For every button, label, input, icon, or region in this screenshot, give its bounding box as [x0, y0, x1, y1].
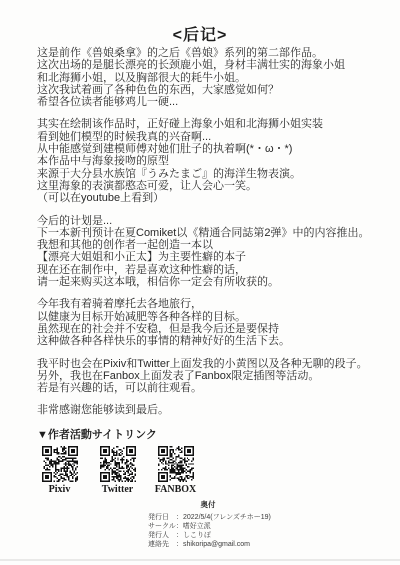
colophon: 奥付 発行日 ：2022/5/4(フレンズチホー19) サークル：嗜好立派 発行…: [148, 499, 328, 549]
afterword-line: 看到她们模型的时候我真的兴奋啊...: [37, 131, 386, 143]
colophon-label: サークル：: [148, 522, 183, 531]
link-item-pixiv: Pixiv: [41, 446, 78, 495]
colophon-row: 連絡先 ：shikoripa@gmail.com: [148, 540, 328, 549]
scan-edge-line: [0, 559, 400, 561]
afterword-line: 以健康为目标开始减肥等各种各样的目标。: [37, 311, 386, 323]
afterword-line: 本作品中与海象接吻的原型: [37, 155, 386, 167]
colophon-title: 奥付: [148, 499, 268, 510]
paragraph: 非常感谢您能够读到最后。: [37, 404, 386, 416]
afterword-line: 我平时也会在Pixiv和Twitter上面发我的小黄图以及各种无聊的段子。: [37, 358, 386, 370]
link-item-twitter: Twitter: [99, 446, 136, 495]
author-links-section: ▼作者活動サイトリンク Pixiv Twitter FANBOX: [37, 426, 194, 495]
link-label-pixiv: Pixiv: [49, 484, 71, 495]
afterword-line: 这次出场的是腿长漂亮的长颈鹿小姐，身材丰满壮实的海象小姐: [37, 59, 386, 71]
colophon-label: 連絡先 ：: [148, 540, 183, 549]
afterword-line: 若是有兴趣的话，可以前往观看。: [37, 382, 386, 394]
afterword-line: 另外，我也在Fanbox上面发表了Fanbox限定插图等活动。: [37, 370, 386, 382]
colophon-label: 発行日 ：: [148, 513, 183, 522]
afterword-line: 从中能感觉到建模师傅对她们肚子的执着啊(*・ω・*): [37, 143, 386, 155]
qr-code-fanbox-icon: [158, 446, 194, 482]
afterword-line: 【漂亮大姐姐和小正太】为主要性癖的本子: [37, 251, 386, 263]
afterword-line: （可以在youtube上看到）: [37, 192, 386, 204]
afterword-line: 来源于大分县水族馆『うみたまご』的海洋生物表演。: [37, 168, 386, 180]
colophon-row: 発行人 ：しこりぽ: [148, 531, 328, 540]
link-item-fanbox: FANBOX: [157, 446, 194, 495]
qr-code-row: Pixiv Twitter FANBOX: [37, 446, 194, 495]
afterword-page: <后记> 这是前作《兽娘桑拿》的之后《兽娘》系列的第二部作品。 这次出场的是腿长…: [0, 0, 400, 565]
colophon-value: shikoripa@gmail.com: [183, 540, 250, 549]
afterword-line: 非常感谢您能够读到最后。: [37, 404, 386, 416]
paragraph: 我平时也会在Pixiv和Twitter上面发我的小黄图以及各种无聊的段子。 另外…: [37, 358, 386, 395]
qr-code-twitter-icon: [100, 446, 136, 482]
afterword-line: 这里海象的表演都憨态可爱，让人会心一笑。: [37, 180, 386, 192]
afterword-line: 这次我试着画了各种色色的东西，大家感觉如何？: [37, 84, 386, 96]
afterword-line: 这种做各种各样快乐的事情的精神好好的生活下去。: [37, 335, 386, 347]
afterword-line: 我想和其他的创作者一起创造一本以: [37, 239, 386, 251]
paragraph: 其实在绘制该作品时，正好碰上海象小姐和北海狮小姐实装 看到她们模型的时候我真的兴…: [37, 118, 386, 204]
colophon-value: 2022/5/4(フレンズチホー19): [183, 513, 271, 522]
afterword-line: 这是前作《兽娘桑拿》的之后《兽娘》系列的第二部作品。: [37, 47, 386, 59]
colophon-row: 発行日 ：2022/5/4(フレンズチホー19): [148, 513, 328, 522]
afterword-body: 这是前作《兽娘桑拿》的之后《兽娘》系列的第二部作品。 这次出场的是腿长漂亮的长颈…: [37, 47, 386, 427]
afterword-line: 和北海狮小姐，以及胸部很大的耗牛小姐。: [37, 72, 386, 84]
afterword-line: 虽然现在的社会并不安稳，但是我今后还是要保持: [37, 323, 386, 335]
link-label-twitter: Twitter: [102, 484, 133, 495]
paragraph: 今年我有着骑着摩托去各地旅行， 以健康为目标开始减肥等各种各样的目标。 虽然现在…: [37, 298, 386, 347]
afterword-line: 希望各位读者能够鸡儿一硬...: [37, 96, 386, 108]
paragraph: 今后的计划是... 下一本新刊预计在夏Comiket以《精通合同誌第2弹》中的内…: [37, 215, 386, 289]
link-label-fanbox: FANBOX: [155, 484, 196, 495]
paragraph: 这是前作《兽娘桑拿》的之后《兽娘》系列的第二部作品。 这次出场的是腿长漂亮的长颈…: [37, 47, 386, 108]
colophon-value: しこりぽ: [183, 531, 211, 540]
afterword-line: 其实在绘制该作品时，正好碰上海象小姐和北海狮小姐实装: [37, 118, 386, 130]
afterword-line: 现在还在制作中，若是喜欢这种性癖的话，: [37, 264, 386, 276]
colophon-row: サークル：嗜好立派: [148, 522, 328, 531]
afterword-line: 今年我有着骑着摩托去各地旅行，: [37, 298, 386, 310]
afterword-line: 今后的计划是...: [37, 215, 386, 227]
page-title: <后记>: [0, 22, 400, 45]
qr-code-pixiv-icon: [42, 446, 78, 482]
author-links-header: ▼作者活動サイトリンク: [37, 426, 194, 442]
colophon-value: 嗜好立派: [183, 522, 211, 531]
colophon-label: 発行人 ：: [148, 531, 183, 540]
afterword-line: 请一起来购买这本哦，相信你一定会有所收获的。: [37, 276, 386, 288]
afterword-line: 下一本新刊预计在夏Comiket以《精通合同誌第2弹》中的内容推出。: [37, 227, 386, 239]
